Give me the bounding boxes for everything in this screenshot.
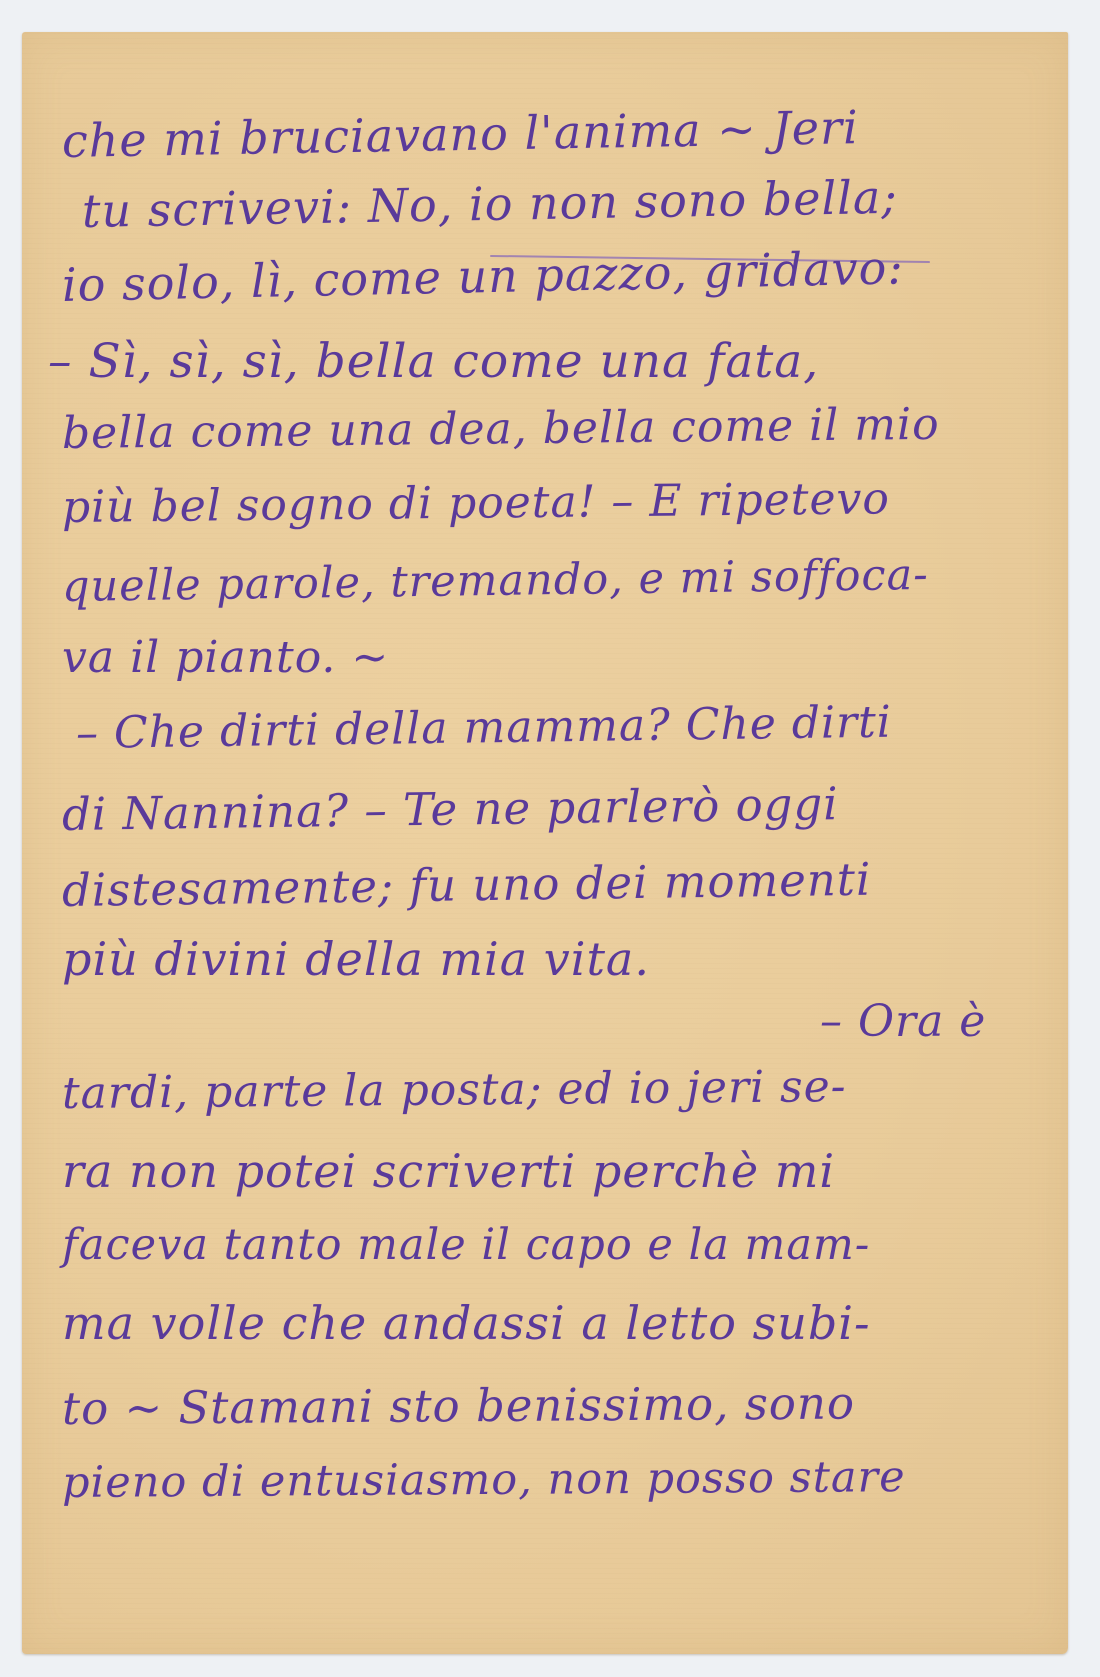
letter-line-8: va il pianto. ~ bbox=[62, 636, 389, 680]
letter-line-18: to ~ Stamani sto benissimo, sono bbox=[62, 1380, 855, 1431]
letter-line-12: più divini della mia vita. bbox=[62, 936, 650, 982]
letter-line-5: bella come una dea, bella come il mio bbox=[62, 403, 940, 456]
letter-line-9: – Che dirti della mamma? Che dirti bbox=[76, 701, 892, 756]
letter-line-7: quelle parole, tremando, e mi soffoca- bbox=[62, 554, 929, 609]
letter-line-16: faceva tanto male il capo e la mam- bbox=[62, 1224, 870, 1267]
letter-line-17: ma volle che andassi a letto subi- bbox=[62, 1300, 871, 1346]
letter-line-15: ra non potei scriverti perchè mi bbox=[62, 1148, 835, 1194]
letter-line-4: – Sì, sì, sì, bella come una fata, bbox=[48, 338, 819, 385]
letter-line-13: – Ora è bbox=[820, 1000, 986, 1044]
letter-line-2: tu scrivevi: No, io non sono bella; bbox=[82, 174, 899, 234]
letter-line-14: tardi, parte la posta; ed io jeri se- bbox=[62, 1065, 847, 1116]
letter-line-11: distesamente; fu uno dei momenti bbox=[62, 857, 872, 913]
letter-line-6: più bel sogno di poeta! – E ripetevo bbox=[62, 477, 890, 530]
letter-line-19: pieno di entusiasmo, non posso stare bbox=[62, 1456, 906, 1505]
letter-line-1: che mi bruciavano l'anima ~ Jeri bbox=[62, 104, 860, 164]
letter-line-10: di Nannina? – Te ne parlerò oggi bbox=[62, 781, 839, 837]
